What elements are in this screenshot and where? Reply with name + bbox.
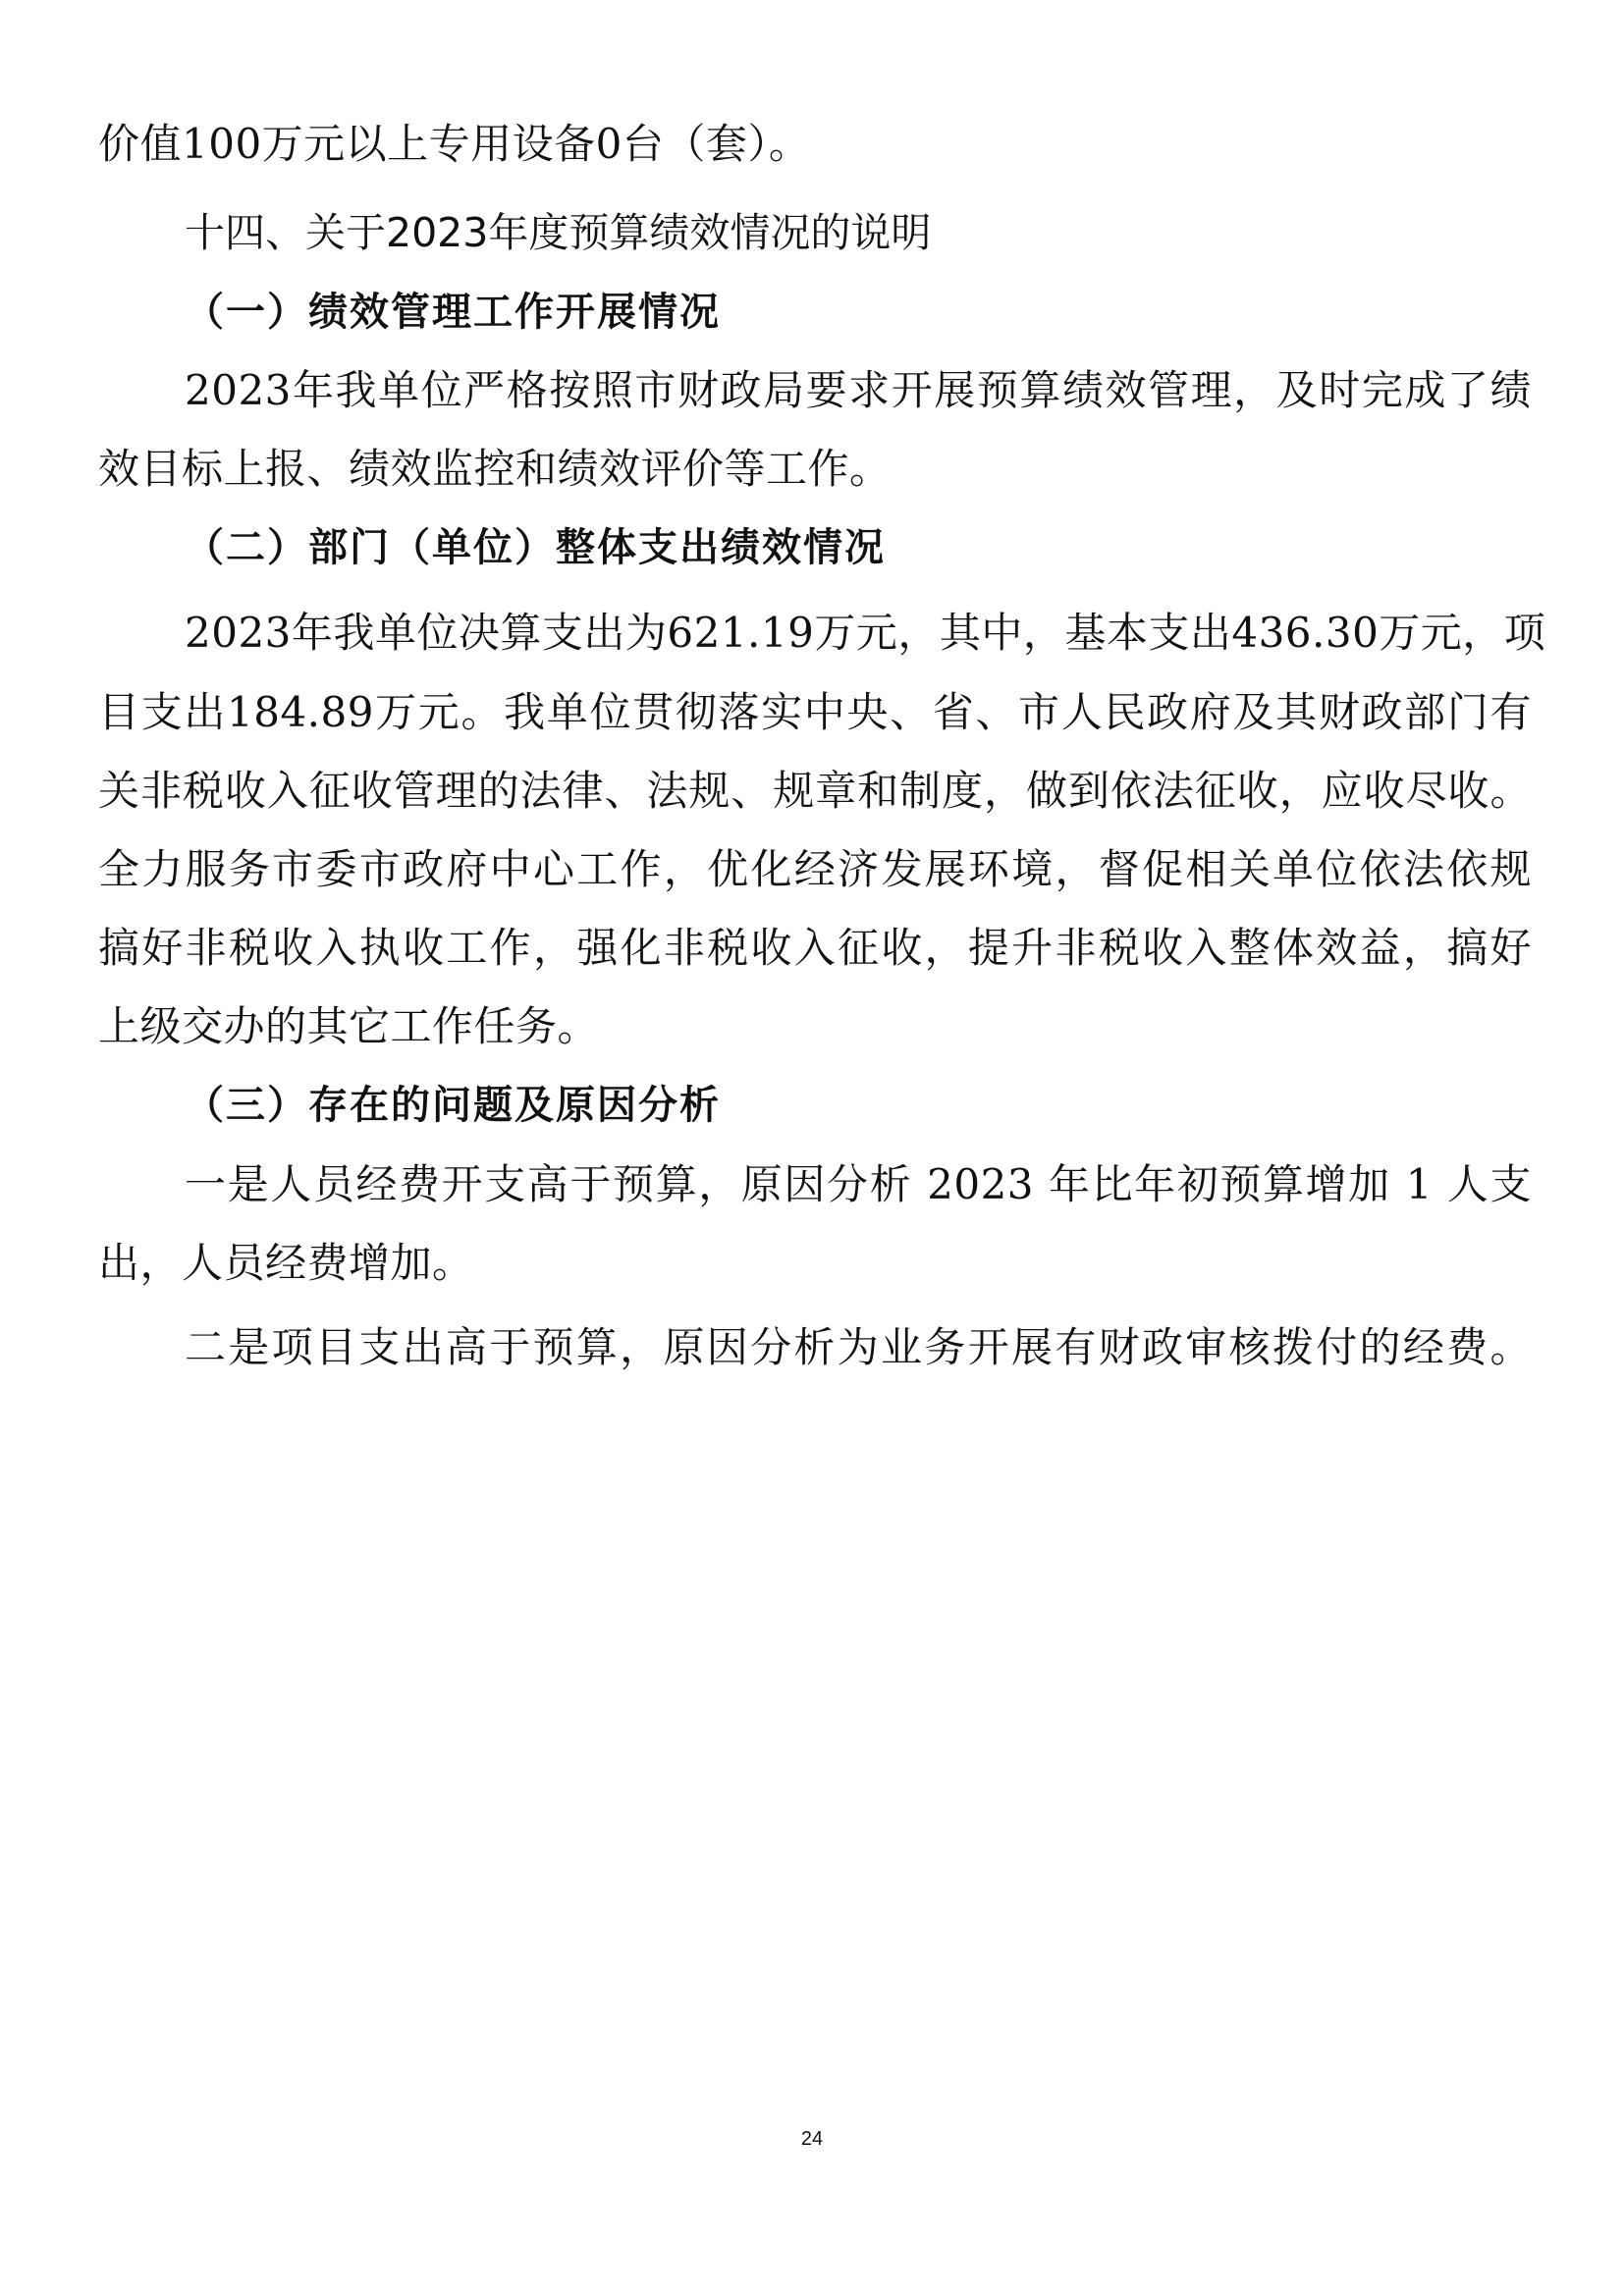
subheading-overall-expenditure: （二）部门（单位）整体支出绩效情况 [185,518,1618,577]
paragraph-line: 效目标上报、绩效监控和绩效评价等工作。 [98,440,1532,499]
document-page: 价值100万元以上专用设备0台（套）。 十四、关于2023年度预算绩效情况的说明… [0,0,1624,2296]
paragraph-line: 全力服务市委市政府中心工作，优化经济发展环境，督促相关单位依法依规 [98,840,1532,899]
paragraph-line: 搞好非税收入执收工作，强化非税收入征收，提升非税收入整体效益，搞好 [98,919,1532,978]
paragraph-line: 出，人员经费增加。 [98,1234,1532,1293]
paragraph-line: 二是项目支出高于预算，原因分析为业务开展有财政审核拨付的经费。 [185,1318,1532,1377]
page-number: 24 [0,2128,1624,2151]
paragraph-line: 目支出184.89万元。我单位贯彻落实中央、省、市人民政府及其财政部门有 [98,683,1532,742]
paragraph-line: 关非税收入征收管理的法律、法规、规章和制度，做到依法征收，应收尽收。 [98,762,1532,821]
body-line-equipment-count: 价值100万元以上专用设备0台（套）。 [98,115,1532,174]
paragraph-line: 2023年我单位严格按照市财政局要求开展预算绩效管理，及时完成了绩 [185,361,1532,420]
subheading-problems-analysis: （三）存在的问题及原因分析 [185,1076,1618,1135]
paragraph-line: 2023年我单位决算支出为621.19万元，其中，基本支出436.30万元，项 [185,604,1532,663]
section-heading-14: 十四、关于2023年度预算绩效情况的说明 [185,203,1618,262]
paragraph-line: 一是人员经费开支高于预算，原因分析 2023 年比年初预算增加 1 人支 [185,1155,1532,1214]
paragraph-line: 上级交办的其它工作任务。 [98,997,1532,1056]
subheading-performance-management: （一）绩效管理工作开展情况 [185,283,1618,342]
